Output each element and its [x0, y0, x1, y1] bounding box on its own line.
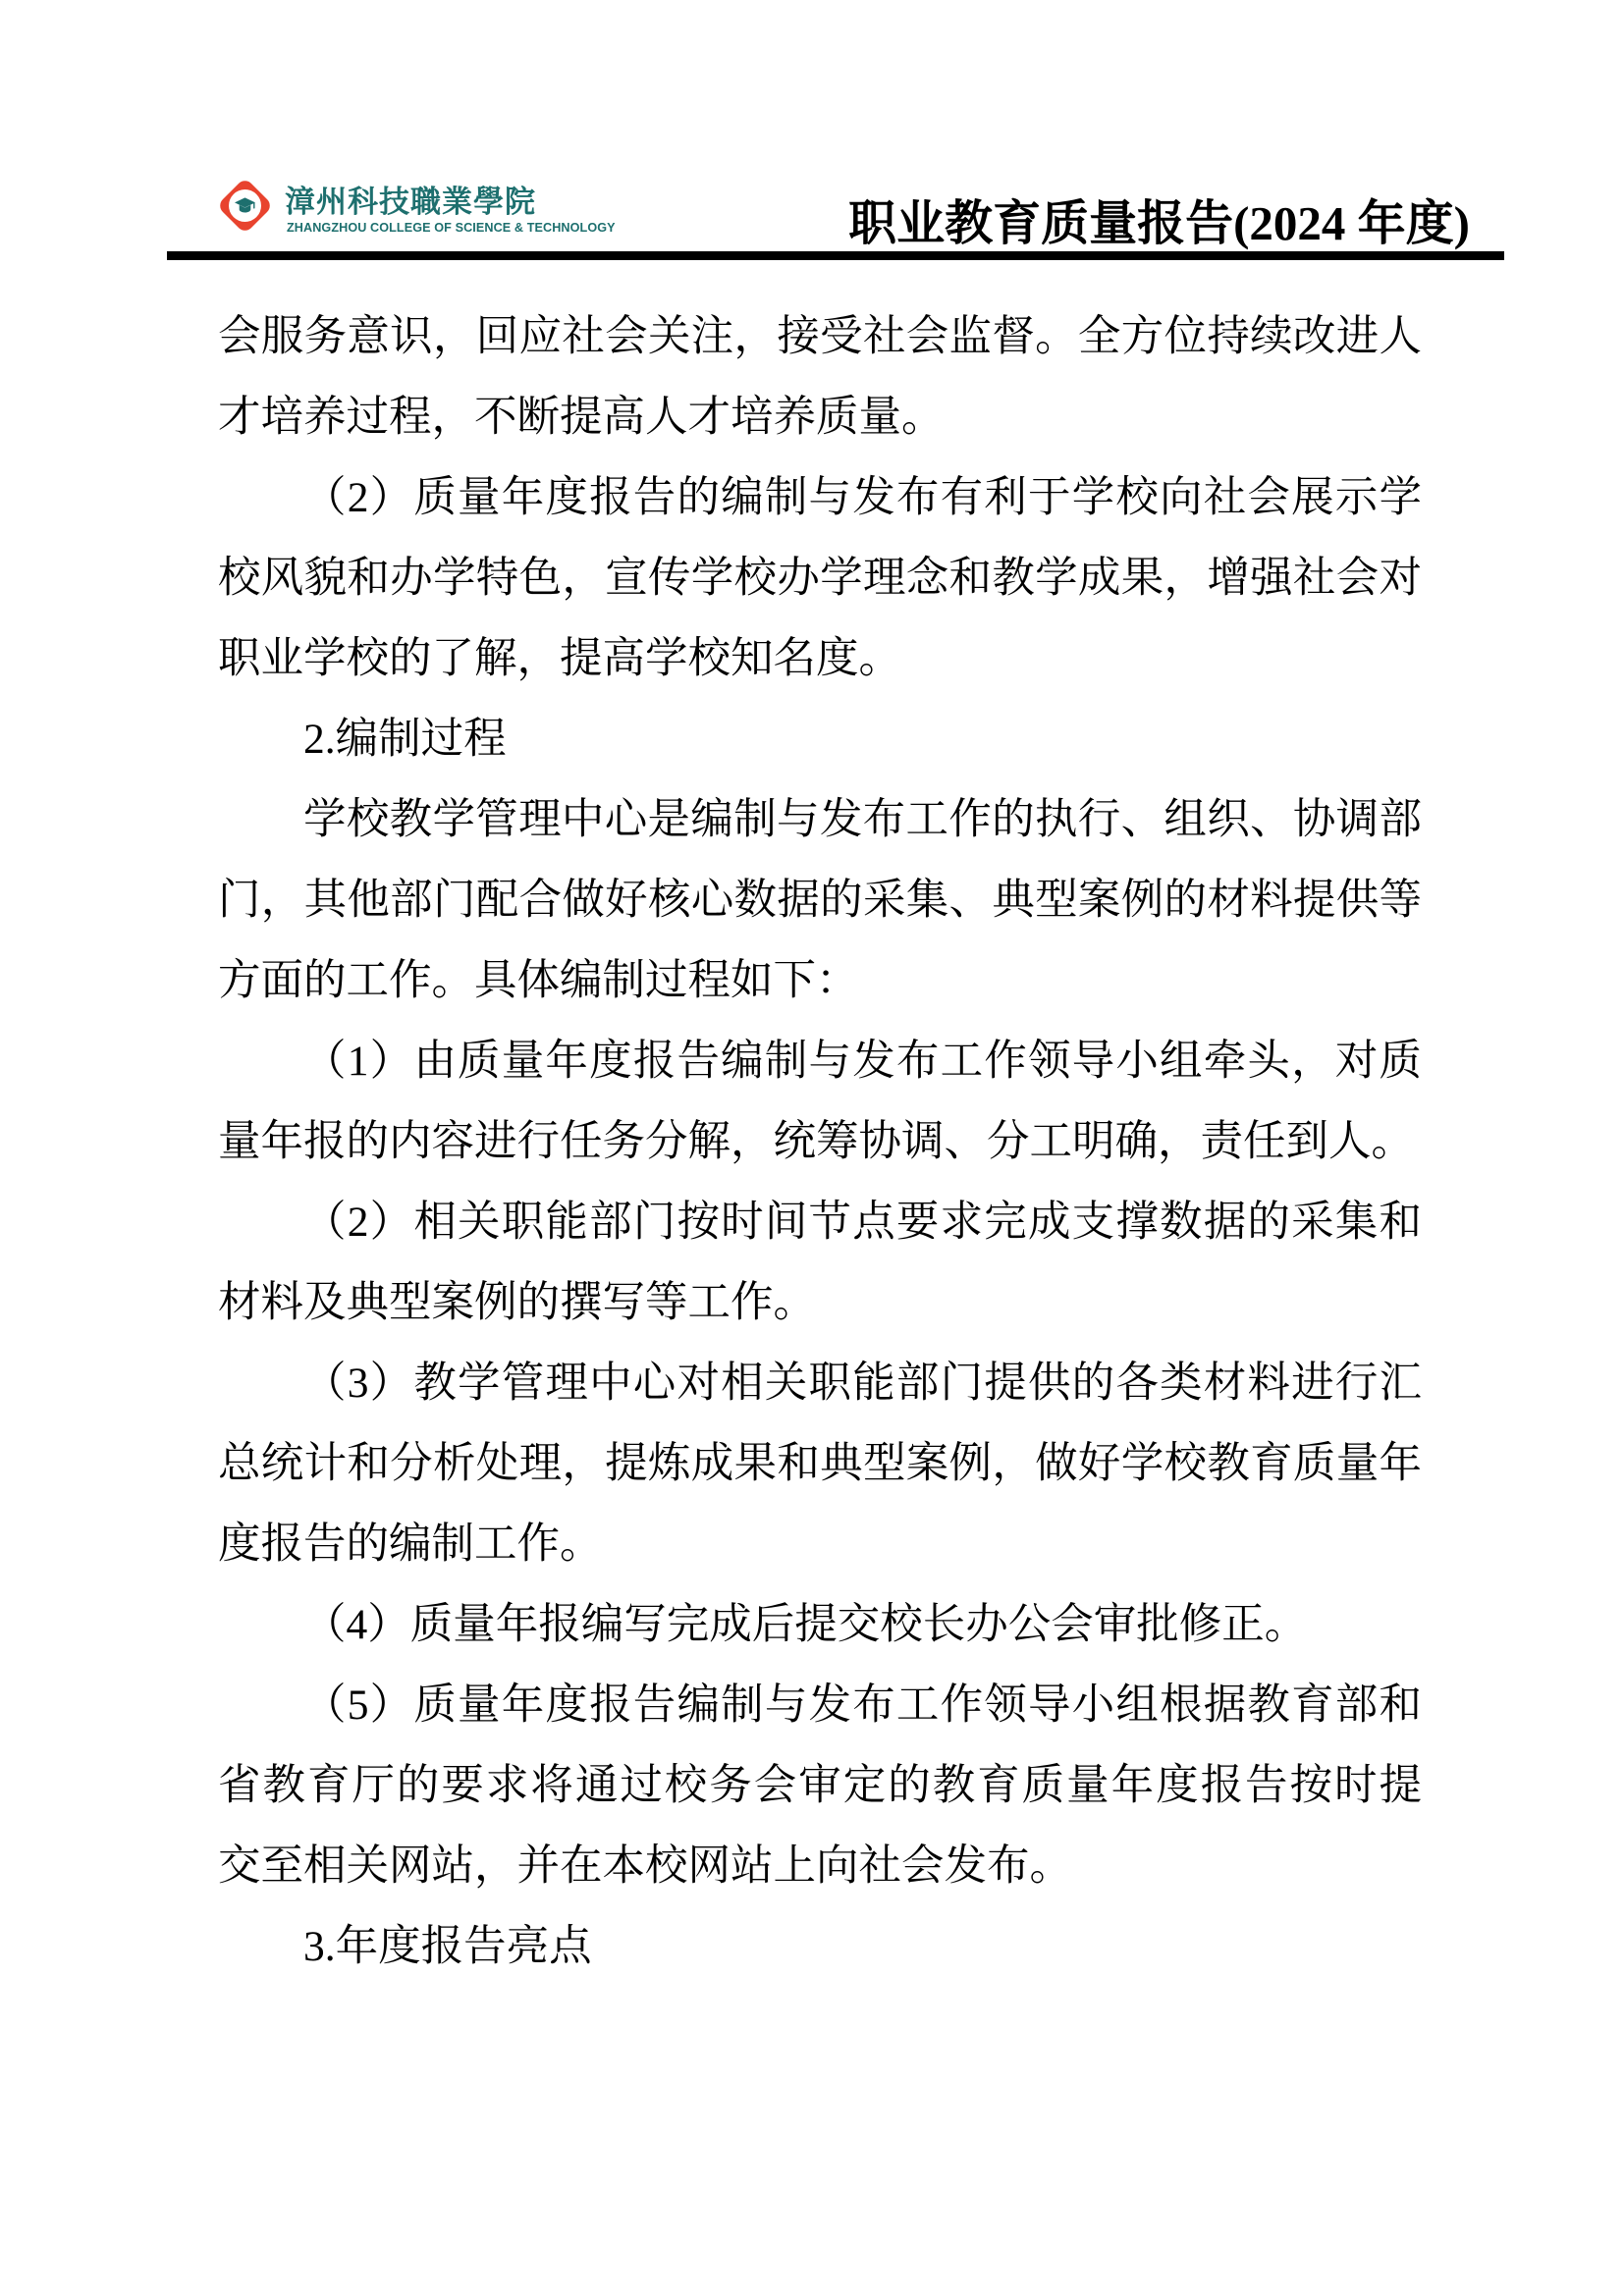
- document-line: 职业学校的了解，提高学校知名度。: [218, 618, 1422, 699]
- school-name-english: ZHANGZHOU COLLEGE OF SCIENCE & TECHNOLOG…: [287, 220, 616, 235]
- document-line: （3）教学管理中心对相关职能部门提供的各类材料进行汇: [218, 1343, 1422, 1423]
- report-title: 职业教育质量报告(2024 年度): [848, 198, 1470, 249]
- document-line: 校风貌和办学特色，宣传学校办学理念和教学成果，增强社会对: [218, 538, 1422, 618]
- document-page: 漳州科技職業學院 ZHANGZHOU COLLEGE OF SCIENCE & …: [0, 0, 1624, 2296]
- school-name-chinese: 漳州科技職業學院: [285, 186, 550, 219]
- document-line: （1）由质量年度报告编制与发布工作领导小组牵头，对质: [218, 1021, 1422, 1101]
- page-header: 漳州科技職業學院 ZHANGZHOU COLLEGE OF SCIENCE & …: [0, 0, 1624, 265]
- document-line: 省教育厅的要求将通过校务会审定的教育质量年度报告按时提: [218, 1745, 1422, 1826]
- document-line: 方面的工作。具体编制过程如下：: [218, 940, 1422, 1021]
- document-line: （2）质量年度报告的编制与发布有利于学校向社会展示学: [218, 457, 1422, 538]
- document-line: 才培养过程，不断提高人才培养质量。: [218, 377, 1422, 457]
- document-line: 3.年度报告亮点: [218, 1906, 1422, 1987]
- document-line: （2）相关职能部门按时间节点要求完成支撑数据的采集和: [218, 1182, 1422, 1262]
- document-line: 2.编制过程: [218, 699, 1422, 779]
- document-line: 交至相关网站，并在本校网站上向社会发布。: [218, 1826, 1422, 1906]
- document-line: 度报告的编制工作。: [218, 1504, 1422, 1584]
- document-line: 会服务意识，回应社会关注，接受社会监督。全方位持续改进人: [218, 296, 1422, 377]
- header-rule: [167, 251, 1504, 260]
- document-line: （4）质量年报编写完成后提交校长办公会审批修正。: [218, 1584, 1422, 1665]
- school-logo: [217, 178, 274, 235]
- school-logo-circle: [222, 183, 268, 229]
- document-line: 学校教学管理中心是编制与发布工作的执行、组织、协调部: [218, 779, 1422, 860]
- document-body: 会服务意识，回应社会关注，接受社会监督。全方位持续改进人才培养过程，不断提高人才…: [218, 296, 1422, 1987]
- document-line: （5）质量年度报告编制与发布工作领导小组根据教育部和: [218, 1665, 1422, 1745]
- document-line: 材料及典型案例的撰写等工作。: [218, 1262, 1422, 1343]
- document-line: 总统计和分析处理，提炼成果和典型案例，做好学校教育质量年: [218, 1423, 1422, 1504]
- document-line: 门，其他部门配合做好核心数据的采集、典型案例的材料提供等: [218, 860, 1422, 940]
- graduation-cap-icon: [229, 189, 262, 223]
- document-line: 量年报的内容进行任务分解，统筹协调、分工明确，责任到人。: [218, 1101, 1422, 1182]
